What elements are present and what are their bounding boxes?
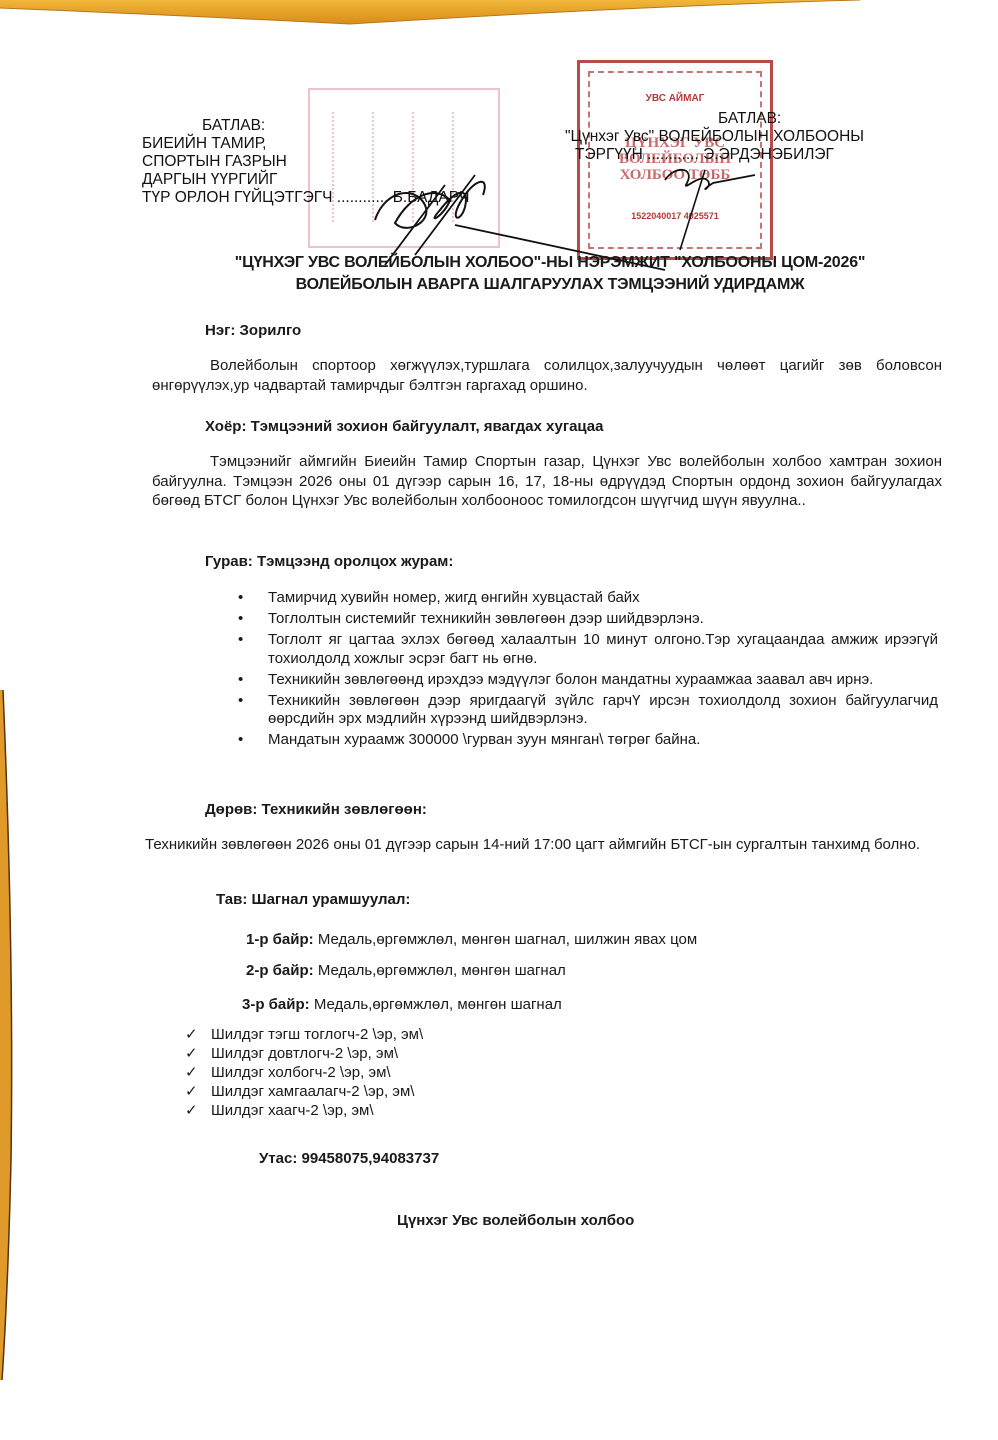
stamp-registration: 1522040017 4025571 bbox=[580, 211, 770, 221]
bullet-icon: • bbox=[238, 692, 243, 711]
checkmark-icon: ✓ bbox=[185, 1082, 211, 1101]
bullet-icon: • bbox=[238, 589, 243, 608]
list-item: •Тоглолтын системийг техникийн зөвлөгөөн… bbox=[238, 610, 938, 629]
approval-line: БИЕИЙН ТАМИР, bbox=[142, 135, 542, 153]
section-heading-technical-meeting: Дөрөв: Техникийн зөвлөгөөн: bbox=[205, 801, 427, 818]
prize-row: 2-р байр: Медаль,өргөмжлөл, мөнгөн шагна… bbox=[246, 962, 566, 979]
document-title: "ЦҮНХЭГ УВС ВОЛЕЙБОЛЫН ХОЛБОО"-НЫ НЭРЭМЖ… bbox=[150, 252, 950, 296]
section-heading-organization: Хоёр: Тэмцээний зохион байгуулалт, явагд… bbox=[205, 418, 604, 435]
list-item: •Тоглолт яг цагтаа эхлэх бөгөөд халаалты… bbox=[238, 631, 938, 668]
list-item: ✓Шилдэг холбогч-2 \эр, эм\ bbox=[185, 1063, 423, 1082]
bullet-icon: • bbox=[238, 631, 243, 650]
bullet-icon: • bbox=[238, 671, 243, 690]
section-text-organization: Тэмцээнийг аймгийн Биеийн Тамир Спортын … bbox=[152, 452, 942, 511]
list-item: •Техникийн зөвлөгөөнд ирэхдээ мэдүүлэг б… bbox=[238, 671, 938, 690]
section-text-technical-meeting: Техникийн зөвлөгөөн 2026 оны 01 дүгээр с… bbox=[145, 835, 945, 855]
list-item: •Мандатын хураамж 300000 \гурван зуун мя… bbox=[238, 731, 938, 750]
approval-right: БАТЛАВ: "Цүнхэг Увс" ВОЛЕЙБОЛЫН ХОЛБООНЫ… bbox=[565, 110, 965, 164]
approval-line: "Цүнхэг Увс" ВОЛЕЙБОЛЫН ХОЛБООНЫ bbox=[565, 128, 965, 146]
section-heading-goal: Нэг: Зорилго bbox=[205, 322, 301, 339]
section-heading-rules: Гурав: Тэмцээнд оролцох журам: bbox=[205, 553, 453, 570]
list-item: •Техникийн зөвлөгөөн дээр яригдаагүй зүй… bbox=[238, 692, 938, 729]
prize-row: 1-р байр: Медаль,өргөмжлөл, мөнгөн шагна… bbox=[246, 931, 697, 948]
rules-list: •Тамирчид хувийн номер, жигд өнгийн хувц… bbox=[238, 589, 938, 752]
approval-label: БАТЛАВ: bbox=[142, 117, 542, 135]
list-item: ✓Шилдэг хамгаалагч-2 \эр, эм\ bbox=[185, 1082, 423, 1101]
approval-left: БАТЛАВ: БИЕИЙН ТАМИР, СПОРТЫН ГАЗРЫН ДАР… bbox=[142, 117, 542, 207]
section-heading-awards: Тав: Шагнал урамшуулал: bbox=[216, 891, 410, 908]
checkmark-icon: ✓ bbox=[185, 1101, 211, 1120]
contact-phone: Утас: 99458075,94083737 bbox=[259, 1150, 439, 1167]
list-item: •Тамирчид хувийн номер, жигд өнгийн хувц… bbox=[238, 589, 938, 608]
bullet-icon: • bbox=[238, 731, 243, 750]
approval-label: БАТЛАВ: bbox=[565, 110, 965, 128]
title-line-1: "ЦҮНХЭГ УВС ВОЛЕЙБОЛЫН ХОЛБОО"-НЫ НЭРЭМЖ… bbox=[150, 252, 950, 274]
section-text-goal: Волейболын спортоор хөгжүүлэх,туршлага с… bbox=[152, 356, 942, 396]
approval-signatory: ТҮР ОРЛОН ГҮЙЦЭТГЭГЧ ............ Б.БАДА… bbox=[142, 189, 542, 207]
document-page: УВС АЙМАГ ЦҮНХЭГ УВС ВОЛЕЙБОЛЫН ХОЛБОО Т… bbox=[0, 0, 998, 1440]
stamp-name-line: ХОЛБОО ТӨББ bbox=[580, 167, 770, 183]
checkmark-icon: ✓ bbox=[185, 1044, 211, 1063]
list-item: ✓Шилдэг довтлогч-2 \эр, эм\ bbox=[185, 1044, 423, 1063]
individual-awards-list: ✓Шилдэг тэгш тоглогч-2 \эр, эм\ ✓Шилдэг … bbox=[185, 1025, 423, 1120]
checkmark-icon: ✓ bbox=[185, 1025, 211, 1044]
list-item: ✓Шилдэг хаагч-2 \эр, эм\ bbox=[185, 1101, 423, 1120]
footer-organization: Цүнхэг Увс волейболын холбоо bbox=[397, 1212, 634, 1229]
checkmark-icon: ✓ bbox=[185, 1063, 211, 1082]
approval-signatory: ТЭРГҮҮН ............ Э.ЭРДЭНЭБИЛЭГ bbox=[565, 146, 965, 164]
approval-line: ДАРГЫН ҮҮРГИЙГ bbox=[142, 171, 542, 189]
bullet-icon: • bbox=[238, 610, 243, 629]
title-line-2: ВОЛЕЙБОЛЫН АВАРГА ШАЛГАРУУЛАХ ТЭМЦЭЭНИЙ … bbox=[150, 274, 950, 296]
stamp-region: УВС АЙМАГ bbox=[580, 93, 770, 104]
approval-line: СПОРТЫН ГАЗРЫН bbox=[142, 153, 542, 171]
list-item: ✓Шилдэг тэгш тоглогч-2 \эр, эм\ bbox=[185, 1025, 423, 1044]
prize-row: 3-р байр: Медаль,өргөмжлөл, мөнгөн шагна… bbox=[242, 996, 562, 1013]
